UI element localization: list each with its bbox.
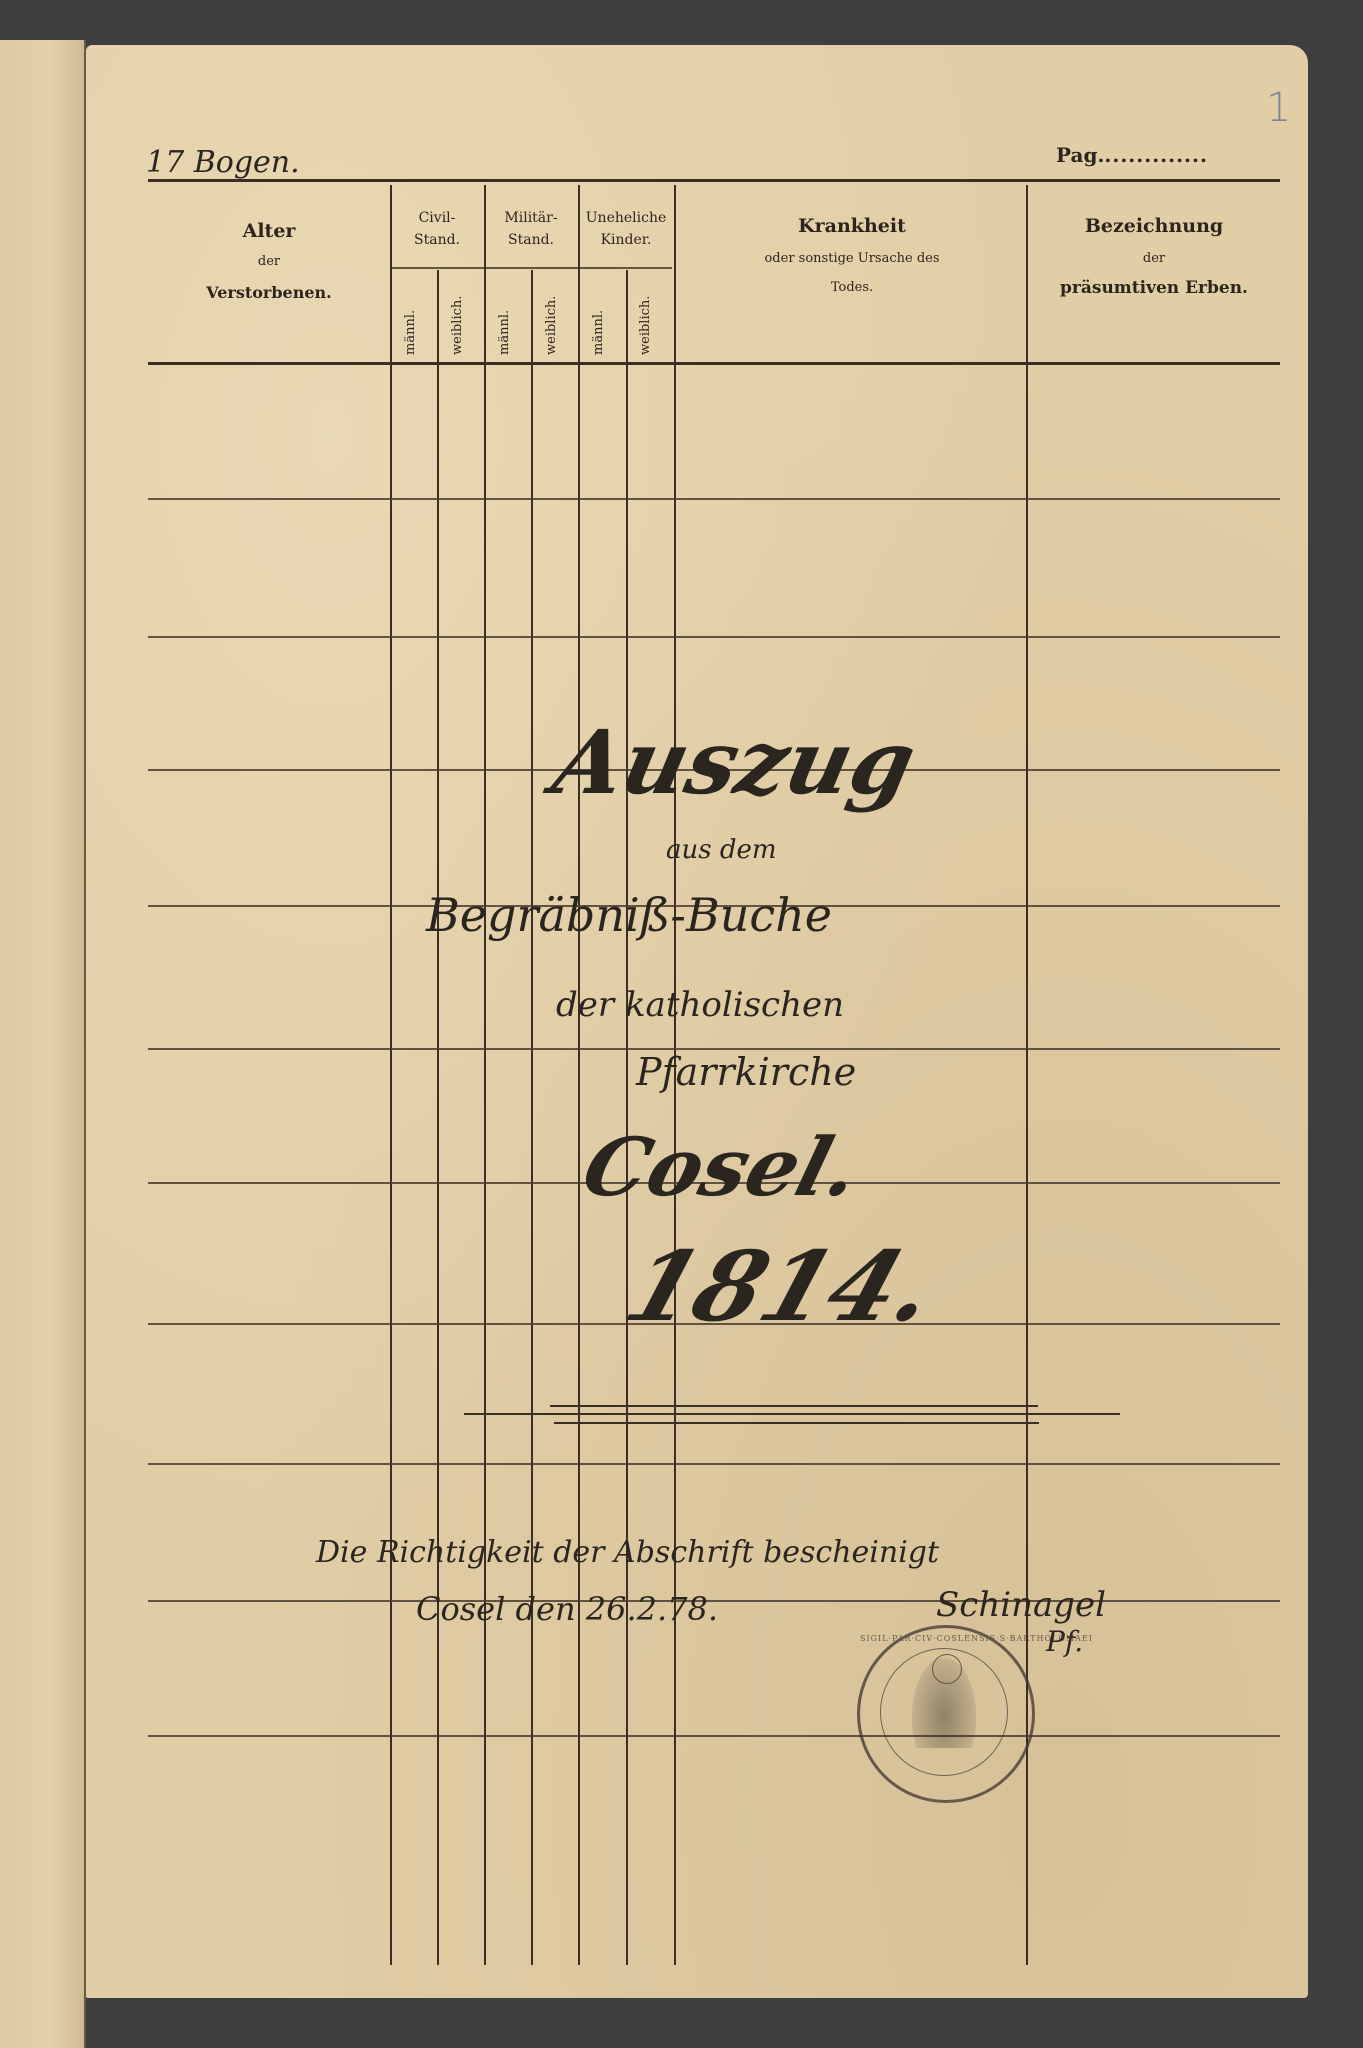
civil-line2: Stand. bbox=[390, 229, 484, 251]
page-label-text: Pag. bbox=[1056, 143, 1104, 167]
military-line1: Militär- bbox=[484, 207, 578, 229]
col-line-2 bbox=[437, 270, 439, 1965]
row-line bbox=[148, 1735, 1280, 1737]
header-age-sub: der bbox=[148, 254, 390, 269]
register-page: 17 Bogen. Pag.............. 1 Alter der … bbox=[86, 45, 1308, 1998]
row-line bbox=[148, 636, 1280, 638]
header-military-stand: Militär- Stand. bbox=[484, 207, 578, 251]
title-pfarrkirche: Pfarrkirche bbox=[636, 1050, 856, 1094]
header-cause-of-death: Krankheit oder sonstige Ursache des Tode… bbox=[676, 215, 1028, 295]
col-line-4 bbox=[531, 270, 533, 1965]
illegitimate-line1: Uneheliche bbox=[578, 207, 674, 229]
margin-note: 17 Bogen. bbox=[146, 145, 300, 180]
header-heirs: Bezeichnung der präsumtiven Erben. bbox=[1028, 215, 1280, 298]
cause-title: Krankheit bbox=[676, 215, 1028, 237]
heirs-title: Bezeichnung bbox=[1028, 215, 1280, 237]
col-line-6 bbox=[626, 270, 628, 1965]
closing-rule-middle bbox=[464, 1413, 1120, 1415]
heirs-sub2: präsumtiven Erben. bbox=[1028, 278, 1280, 298]
header-civil-stand: Civil- Stand. bbox=[390, 207, 484, 251]
closing-rule-bottom bbox=[554, 1422, 1039, 1424]
pencil-folio-number: 1 bbox=[1266, 85, 1291, 131]
header-age-subject: Verstorbenen. bbox=[148, 283, 390, 302]
title-der-katholischen: der katholischen bbox=[556, 985, 844, 1025]
certification-place-date: Cosel den 26.2.78. bbox=[416, 1590, 718, 1628]
header-top-rule bbox=[148, 179, 1280, 182]
certification-text: Die Richtigkeit der Abschrift bescheinig… bbox=[316, 1535, 939, 1570]
illegitimate-male-label: männl. bbox=[591, 285, 606, 355]
civil-male-label: männl. bbox=[403, 285, 418, 355]
header-age: Alter der Verstorbenen. bbox=[148, 220, 390, 302]
col-line-1 bbox=[390, 185, 392, 1965]
title-cosel: Cosel. bbox=[573, 1120, 869, 1214]
certification-signature: Schinagel bbox=[936, 1585, 1106, 1625]
illegitimate-line2: Kinder. bbox=[578, 229, 674, 251]
col-line-5 bbox=[578, 185, 580, 1965]
header-illegitimate-children: Uneheliche Kinder. bbox=[578, 207, 674, 251]
military-male-label: männl. bbox=[497, 285, 512, 355]
adjacent-page-edge bbox=[0, 40, 86, 2048]
cause-sub2: Todes. bbox=[676, 280, 1028, 295]
title-year: 1814. bbox=[613, 1230, 950, 1343]
civil-female-label: weiblich. bbox=[450, 275, 465, 355]
title-begraebnis-buche: Begräbniß-Buche bbox=[426, 888, 832, 942]
group-divider-rule bbox=[392, 267, 672, 269]
page-label: Pag.............. bbox=[1056, 143, 1208, 167]
parish-seal: SIGIL·PAR·CIV·COSLENSIS·S·BARTHOLOMAEI bbox=[857, 1625, 1035, 1803]
seal-text: SIGIL·PAR·CIV·COSLENSIS·S·BARTHOLOMAEI bbox=[860, 1634, 1032, 1643]
closing-rule-top bbox=[550, 1405, 1038, 1407]
row-line bbox=[148, 1463, 1280, 1465]
civil-line1: Civil- bbox=[390, 207, 484, 229]
illegitimate-female-label: weiblich. bbox=[638, 275, 653, 355]
saint-figure-icon bbox=[912, 1658, 976, 1748]
heirs-sub: der bbox=[1028, 251, 1280, 266]
header-bottom-rule bbox=[148, 362, 1280, 365]
title-aus-dem: aus dem bbox=[666, 835, 777, 865]
title-auszug: Auszug bbox=[545, 710, 924, 814]
military-female-label: weiblich. bbox=[544, 275, 559, 355]
cause-sub: oder sonstige Ursache des bbox=[676, 251, 1028, 266]
header-age-title: Alter bbox=[148, 220, 390, 242]
col-line-3 bbox=[484, 185, 486, 1965]
row-line bbox=[148, 498, 1280, 500]
military-line2: Stand. bbox=[484, 229, 578, 251]
